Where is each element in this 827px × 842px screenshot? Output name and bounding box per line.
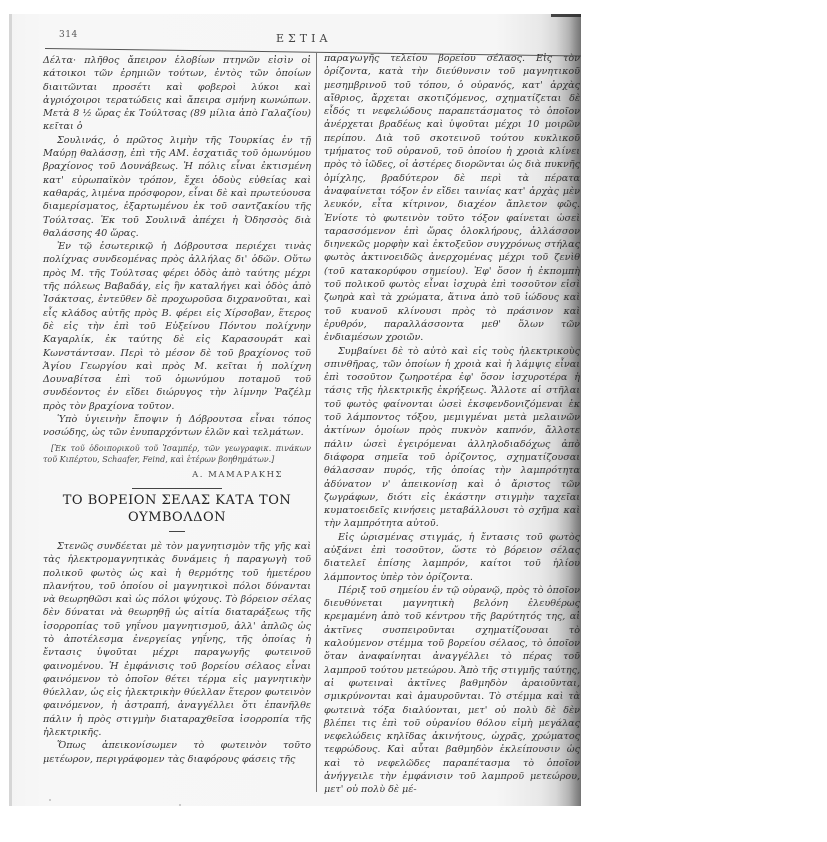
article-title-line-1: ΤΟ ΒΟΡΕΙΟΝ ΣΕΛΑΣ ΚΑΤΑ ΤΟΝ [43,493,311,508]
title-underline [169,531,185,532]
left-column: Δέλτα· πλῆθος ἄπειρον ἑλοβίων πτηνῶν εἰσ… [43,54,311,766]
paragraph: Συμβαίνει δὲ τὸ αὐτὸ καὶ εἰς τοὺς ἠλεκτρ… [324,345,580,531]
scan-speck [49,799,51,801]
paragraph: Εἰς ὡρισμένας στιγμάς, ἡ ἔντασις τοῦ φωτ… [324,531,580,584]
page-number: 314 [59,30,78,40]
paragraph: Πέριξ τοῦ σημείου ἐν τῷ οὐρανῷ, πρὸς τὸ … [324,584,580,797]
article-title-line-2: ΟΥΜΒΟΛΔΟΝ [43,510,311,525]
page-header: 314 ΕΣΤΙΑ [46,28,581,50]
column-divider [316,52,317,792]
paragraph: Δέλτα· πλῆθος ἄπειρον ἑλοβίων πτηνῶν εἰσ… [43,54,311,134]
scan-speck [179,804,181,806]
scanned-page: 314 ΕΣΤΙΑ Δέλτα· πλῆθος ἄπειρον ἑλοβίων … [9,14,581,806]
author-signature: Α. ΜΑΜΑΡΑΚΗΣ [43,469,283,482]
paragraph: Ὑπὸ ὑγιεινὴν ἔποψιν ἡ Δόβρουτσα εἶναι τό… [43,413,311,440]
page-corner-shadow [551,14,581,17]
paragraph: Σουλινάς, ὁ πρῶτος λιμὴν τῆς Τουρκίας ἐν… [43,134,311,240]
source-footnote: [Ἐκ τοῦ ὁδοιπορικοῦ τοῦ Ἰσαμπέρ, τῶν γεω… [43,443,311,465]
paragraph: Ἐν τῷ ἐσωτερικῷ ἡ Δόβρουτσα περιέχει τιν… [43,240,311,413]
section-divider [132,488,222,489]
right-column: παραγωγῆς τελείου βορείου σέλαος. Εἰς τὸ… [324,52,580,797]
paragraph: παραγωγῆς τελείου βορείου σέλαος. Εἰς τὸ… [324,52,580,345]
paragraph: Ὅπως ἀπεικονίσωμεν τὸ φωτεινὸν τοῦτο μετ… [43,739,311,766]
running-title: ΕΣΤΙΑ [276,32,331,45]
paragraph: Στενῶς συνδέεται μὲ τὸν μαγνητισμὸν τῆς … [43,540,311,739]
page-left-edge [9,14,12,806]
